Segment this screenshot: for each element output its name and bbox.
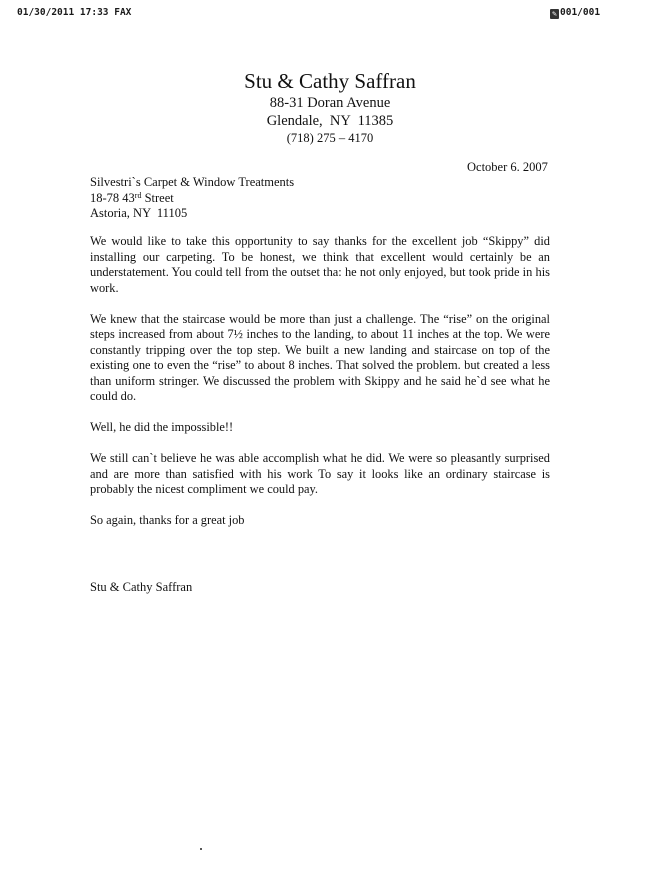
sender-city: Glendale, NY 11385 xyxy=(200,112,460,130)
body-paragraph: Well, he did the impossible!! xyxy=(90,420,550,436)
recipient-city: Astoria, NY 11105 xyxy=(90,206,294,222)
street-name: Street xyxy=(141,191,173,205)
recipient-company: Silvestri`s Carpet & Window Treatments xyxy=(90,175,294,191)
letter-body: We would like to take this opportunity t… xyxy=(90,234,550,544)
sender-name: Stu & Cathy Saffran xyxy=(200,68,460,94)
letterhead: Stu & Cathy Saffran 88-31 Doran Avenue G… xyxy=(200,68,460,147)
street-number: 18-78 43 xyxy=(90,191,135,205)
body-paragraph: We knew that the staircase would be more… xyxy=(90,312,550,405)
letter-date: October 6. 2007 xyxy=(467,160,548,175)
fax-page-icon: ✎ xyxy=(550,9,559,19)
fax-timestamp: 01/30/2011 17:33 FAX xyxy=(17,7,131,18)
recipient-street: 18-78 43rd Street xyxy=(90,191,294,207)
recipient-address: Silvestri`s Carpet & Window Treatments 1… xyxy=(90,175,294,222)
body-paragraph: We still can`t believe he was able accom… xyxy=(90,451,550,498)
page-count-text: 001/001 xyxy=(560,7,600,18)
signature: Stu & Cathy Saffran xyxy=(90,580,192,595)
fax-page-count: ✎001/001 xyxy=(550,7,600,19)
sender-phone: (718) 275 – 4170 xyxy=(200,130,460,147)
body-paragraph: We would like to take this opportunity t… xyxy=(90,234,550,296)
sender-street: 88-31 Doran Avenue xyxy=(200,94,460,112)
body-paragraph: So again, thanks for a great job xyxy=(90,513,550,529)
scan-speck xyxy=(200,848,202,850)
